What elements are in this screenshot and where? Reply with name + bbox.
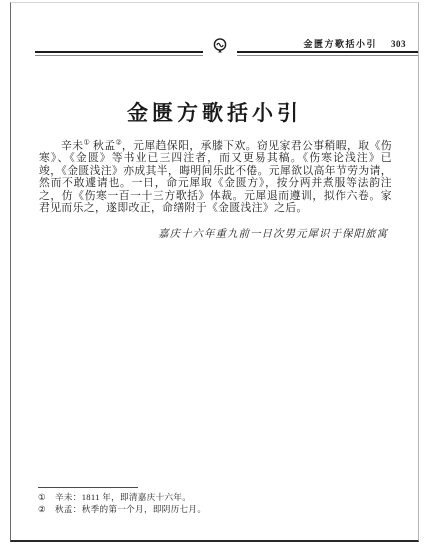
running-head-text: 金匮方歌括小引303 (303, 37, 406, 50)
body-paragraph: 辛未① 秋孟②，元犀趋保阳，承膝下欢。窃见家君公事稍暇，取《伤寒》、《金匮》等书… (39, 140, 392, 214)
running-title: 金匮方歌括小引 (303, 39, 377, 49)
footnote-1: ①辛未：1811 年，即清嘉庆十六年。 (38, 491, 378, 503)
ornament-icon (203, 37, 237, 57)
footnote-2-text: 秋孟：秋季的第一个月，即阴历七月。 (55, 504, 206, 514)
body-text-1: 辛未 (61, 140, 84, 152)
scanned-book-page: 金匮方歌括小引303 金匮方歌括小引 辛未① 秋孟②，元犀趋保阳，承膝下欢。窃见… (0, 0, 429, 555)
page-title: 金匮方歌括小引 (11, 97, 418, 127)
footnote-2: ②秋孟：秋季的第一个月，即阴历七月。 (38, 503, 378, 515)
page-number: 303 (391, 39, 406, 49)
footnote-1-marker: ① (38, 492, 46, 502)
body-text-2: 秋孟 (90, 140, 116, 152)
footnotes: ①辛未：1811 年，即清嘉庆十六年。 ②秋孟：秋季的第一个月，即阴历七月。 (38, 491, 378, 515)
footnote-2-marker: ② (38, 504, 46, 514)
page-border: 金匮方歌括小引303 金匮方歌括小引 辛未① 秋孟②，元犀趋保阳，承膝下欢。窃见… (10, 2, 419, 542)
footnote-divider (38, 487, 138, 488)
body-text-3: ，元犀趋保阳，承膝下欢。窃见家君公事稍暇，取《伤寒》、《金匮》等书业已三四注者，… (39, 140, 392, 214)
running-head: 金匮方歌括小引303 (11, 3, 418, 59)
footnote-1-text: 辛未：1811 年，即清嘉庆十六年。 (55, 492, 191, 502)
colophon-date-line: 嘉庆十六年重九前一日次男元犀识于保阳旅寓 (158, 226, 388, 241)
